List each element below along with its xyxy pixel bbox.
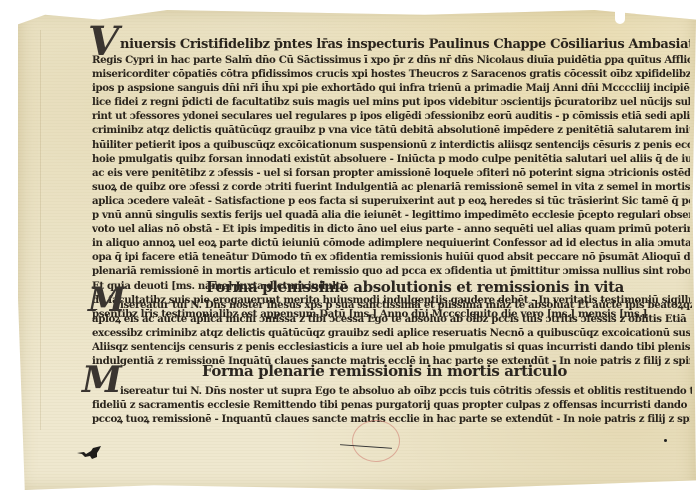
text-line: Aliisqz sentencijs censuris z penis eccl… (92, 340, 690, 354)
heading-absolution-in-life: Forma plenissime absolutionis et remissi… (206, 278, 624, 296)
text-line: isereatur tui N. Dn̄s noster ut supra Eg… (120, 384, 692, 398)
text-line: fideliū z sacramentis ecclesie Remittend… (92, 398, 690, 412)
text-line: hūiliter petierit ipos a quibuscūqz excō… (92, 138, 690, 152)
text-line: voto uel alias nō obstā - Et ipis impedi… (92, 222, 690, 236)
text-line: aploꝝ eis ac aūcte aplica michi ɔmissa z… (92, 312, 690, 326)
text-line: hoie pmulgatis quibz forsan innodati exi… (92, 152, 690, 166)
text-line: ipos p aspsione sanguis dn̄i nr̄i ih̄u x… (92, 81, 690, 95)
text-line: suoꝝ de quibz ore ɔfessi z corde ɔtriti … (92, 180, 690, 194)
text-line: p vnū annū singulis sextis ferijs uel qu… (92, 208, 690, 222)
absolution-formula-text: aploꝝ eis ac aūcte aplica michi ɔmissa z… (92, 312, 690, 368)
text-line: misericorditer cōpatiēs cōtra pfidissimo… (92, 67, 690, 81)
text-line: isereatur tui N. Dn̄s noster ihesus xp̄s… (120, 298, 692, 312)
absolution-formula-text: isereatur tui N. Dn̄s noster ihesus xp̄s… (120, 298, 692, 312)
fold-crease (40, 30, 41, 430)
text-line: Regis Cypri in hac parte Salm̄ dn̄o Cū S… (92, 53, 690, 67)
ink-blot-icon (75, 445, 105, 461)
decorated-initial-m: M (82, 362, 122, 398)
text-line: ac eis vere penitētibz z ɔfessis - uel s… (92, 166, 690, 180)
remission-formula-text: fideliū z sacramentis ecclesie Remittend… (92, 398, 690, 426)
text-line: lice fidei z regni p̄dicti de facultatib… (92, 95, 690, 109)
text-line: criminibz atqz delictis quātūcūqz grauib… (92, 123, 690, 137)
ink-dot (664, 439, 667, 442)
text-line: opa q̄ ipi facere etiā teneātur Dūmodo t… (92, 250, 690, 264)
wax-seal-impression (352, 420, 400, 462)
indulgence-body-text: niuersis Cristifidelibz p̄ntes lr̄as ins… (120, 38, 690, 52)
text-line: aplica ɔcedere valeāt - Satisfactione p … (92, 194, 690, 208)
remission-formula-text: isereatur tui N. Dn̄s noster ut supra Eg… (120, 384, 692, 398)
text-line: rint ut ɔfessores ydonei seculares uel r… (92, 109, 690, 123)
text-line: excessibz criminibz atqz delictis quātūc… (92, 326, 690, 340)
heading-remission-at-death: Forma plenarie remissionis in mortis art… (202, 362, 567, 380)
text-line: niuersis Cristifidelibz p̄ntes lr̄as ins… (120, 38, 690, 52)
text-line: plenariā remissionē in mortis articulo e… (92, 264, 690, 278)
text-line: in aliquo annoꝝ uel eoꝝ parte dictū ieiu… (92, 236, 690, 250)
paper-tear (615, 10, 625, 24)
